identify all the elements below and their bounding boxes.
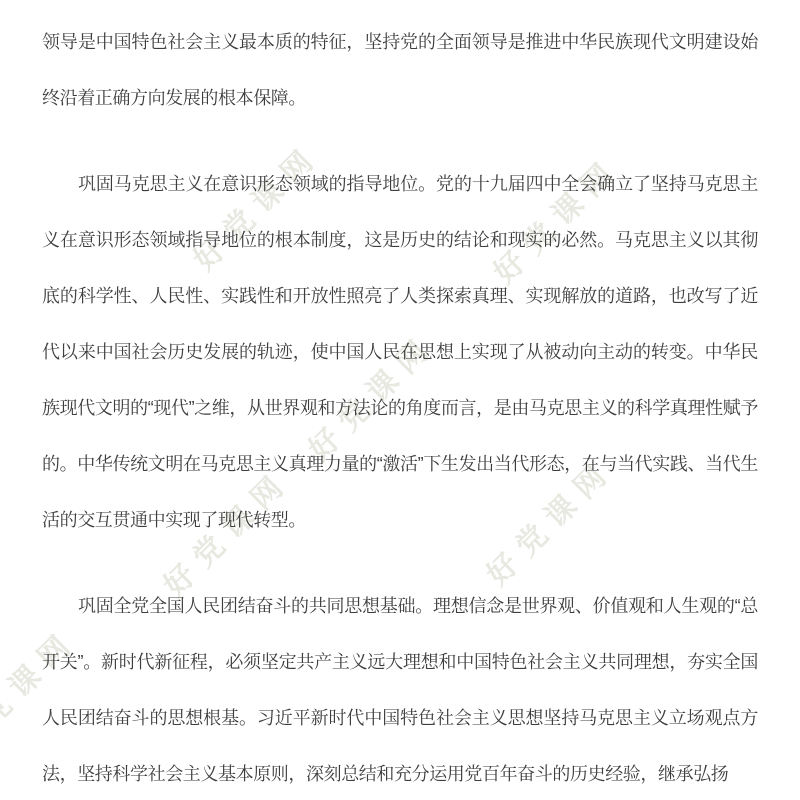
document-content: 领导是中国特色社会主义最本质的特征，坚持党的全面领导是推进中华民族现代文明建设始… — [42, 14, 758, 800]
paragraph-ideology: 巩固马克思主义在意识形态领域的指导地位。党的十九届四中全会确立了坚持马克思主义在… — [42, 156, 758, 548]
document-page: 好党课网 好党课网 好党课网 好党课网 好党课网 好党课网 领导是中国特色社会主… — [0, 0, 800, 800]
paragraph-continuation: 领导是中国特色社会主义最本质的特征，坚持党的全面领导是推进中华民族现代文明建设始… — [42, 14, 758, 126]
paragraph-common-ideal: 巩固全党全国人民团结奋斗的共同思想基础。理想信念是世界观、价值观和人生观的“总开… — [42, 578, 758, 800]
